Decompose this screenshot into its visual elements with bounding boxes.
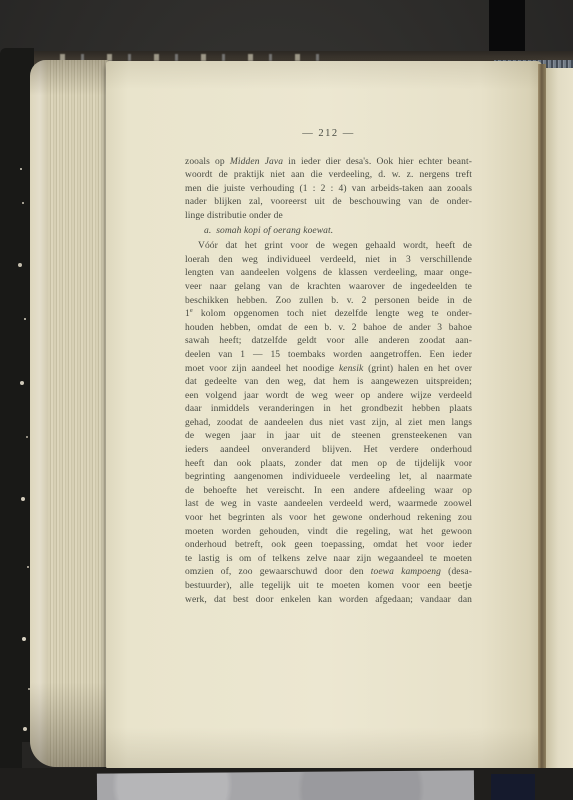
- section-heading: a. somah kopi of oerang koewat.: [185, 225, 472, 239]
- text-line: Vóór dat het grint voor de wegen gehaald…: [185, 240, 472, 254]
- text-line: een volgend jaar wordt de weg weer op an…: [185, 390, 472, 404]
- paragraph-continuation: zooals op Midden Java in ieder dier desa…: [185, 156, 472, 224]
- text-line: daar inmiddels veranderingen in het gron…: [185, 403, 472, 417]
- text-line: omzien of, zoo gewaarschuwd door den toe…: [185, 566, 472, 580]
- text-line: sawah heeft; datzelfde geldt voor alle a…: [185, 335, 472, 349]
- text-line: bestuurder), alle tegelijk uit te moeten…: [185, 580, 472, 594]
- text-line: woordt de praktijk niet aan die verdeeli…: [185, 169, 472, 183]
- text-line: moet voor zijn aandeel het noodige kensi…: [185, 363, 472, 377]
- text-line: loerah den weg individueel verdeeld, nie…: [185, 254, 472, 268]
- text-line: veer naar gelang van de krachten waarove…: [185, 281, 472, 295]
- page-stack-edge: [30, 60, 108, 767]
- bookmark-navy-strip: [491, 774, 535, 800]
- text-line: 1e kolom opgenomen toch niet dezelfde le…: [185, 308, 472, 322]
- text-line: a. somah kopi of oerang koewat.: [204, 225, 472, 239]
- gutter-shadow: [538, 64, 546, 770]
- page-number: — 212 —: [185, 127, 472, 141]
- text-line: ieders aandeel onveranderd blijven. Het …: [185, 444, 472, 458]
- text-line: begrinting aangenomen individueele verde…: [185, 471, 472, 485]
- book-cover-spine: [0, 48, 34, 788]
- text-line: de wegen jaar in jaar uit de steenen gre…: [185, 430, 472, 444]
- text-line: linge distributie onder de: [185, 210, 472, 224]
- text-line: werk, dat best door enkelen kan worden a…: [185, 594, 472, 608]
- text-line: onderhoud betreft, ook geen toepassing, …: [185, 539, 472, 553]
- text-line: men die juiste verhouding (1 : 2 : 4) va…: [185, 183, 472, 197]
- text-line: gehad, zoodat de aandeelen dus niet vast…: [185, 417, 472, 431]
- page-text-block: — 212 — zooals op Midden Java in ieder d…: [185, 127, 472, 607]
- text-line: nader blijken zal, vooreerst uit de besc…: [185, 196, 472, 210]
- text-line: lengten van aandeelen volgens de klassen…: [185, 267, 472, 281]
- text-line: last de weg in vaste aandeelen verdeeld …: [185, 498, 472, 512]
- text-line: dat gedeelte van den weg, dat hem is aan…: [185, 376, 472, 390]
- text-line: beschikken hebben. Zoo zullen b. v. 2 pe…: [185, 295, 472, 309]
- felt-pad: [97, 770, 474, 800]
- paragraph-main: Vóór dat het grint voor de wegen gehaald…: [185, 240, 472, 607]
- text-line: heeft dan ook plaats, zonder dat men op …: [185, 458, 472, 472]
- photo-background: { "colors": { "page": "#e9e4cc", "ink": …: [0, 0, 573, 800]
- text-line: te lastig is om of telkens zelve naar zi…: [185, 553, 472, 567]
- top-black-bar: [489, 0, 525, 58]
- text-line: de behoefte het vereischt. In een andere…: [185, 485, 472, 499]
- text-line: houden hebben, omdat de een b. v. 2 baho…: [185, 322, 472, 336]
- text-line: voor het begrinten als voor het gewone o…: [185, 512, 472, 526]
- text-line: zooals op Midden Java in ieder dier desa…: [185, 156, 472, 170]
- book-page: — 212 — zooals op Midden Java in ieder d…: [106, 61, 542, 770]
- text-line: moeten worden gehouden, vindt die regeli…: [185, 526, 472, 540]
- page-edge-shading: [30, 60, 108, 767]
- facing-page-edge: [546, 68, 573, 774]
- text-line: deelen van 1 — 15 toembaks worden aanget…: [185, 349, 472, 363]
